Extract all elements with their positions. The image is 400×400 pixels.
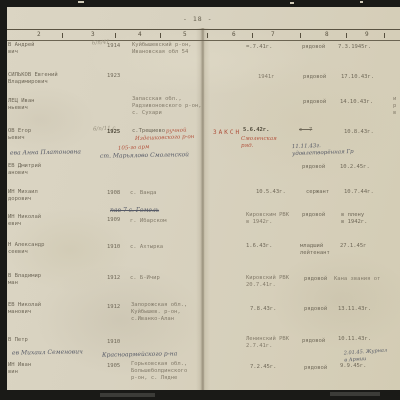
row7-date-loss: в плену в 1942г. (341, 212, 368, 226)
row9-date-loss: Кана звания от (334, 276, 380, 283)
row11-year: 1910 (107, 339, 120, 346)
row11-hand-note: 2.01.45. Журнал в Армии (344, 348, 388, 365)
row1-year: 1914 (107, 43, 120, 50)
book-fold-crease (196, 28, 210, 390)
row11-name: В Петр (8, 337, 28, 344)
row11-drafted-by: Ленинский РВК 2.7.41г. (246, 336, 289, 350)
column-header-8: 8 (325, 31, 329, 38)
row12-year: 1905 (107, 363, 120, 370)
row4-date-out: 5.6.42г. (243, 127, 270, 134)
row8-date-loss: 27.1.45г (340, 243, 367, 250)
row12-date-out: 7.2.45г. (250, 364, 277, 371)
row8-name: Н Александр сеевич (8, 242, 44, 256)
column-separator-tick (160, 33, 161, 38)
page-number: - 18 - (183, 15, 212, 23)
column-separator-tick (384, 33, 385, 38)
row5-name: ЕВ Дмитрий анович (8, 163, 41, 177)
row4-place: с.Трещиево (132, 128, 165, 135)
row1-name: В Андрей вич (8, 42, 35, 56)
row6-date-loss: 10.7.44г. (344, 189, 374, 196)
row1-date-out: =.7.41г. (246, 44, 273, 51)
row12-name: ИН Иван вин (8, 362, 31, 376)
row3-name: ЛЕЦ Иван ньевич (8, 98, 35, 112)
column-separator-tick (115, 33, 116, 38)
row11-hand-place: Красноармейского р-на (102, 350, 177, 358)
column-header-6: 6 (232, 31, 236, 38)
column-separator-tick (207, 33, 208, 38)
row4-hand-note: 11.11.43г. удовлетворённая Гр (292, 142, 354, 158)
column-header-5: 5 (183, 31, 187, 38)
row9-name: В Владимир ман (8, 273, 41, 287)
row2-date-loss: 17.10.43г. (341, 74, 374, 81)
column-header-2: 2 (37, 31, 41, 38)
row9-rank: рядовой (304, 276, 327, 283)
row6-name: ИН Михаил дорович (8, 189, 38, 203)
row8-date-out: 1.6.43г. (246, 243, 273, 250)
row2-date-out: 1941г (258, 74, 275, 81)
row4-red-stamp: ЗАКСН (213, 129, 241, 136)
row7-rank: рядовой (302, 212, 325, 219)
row3-rank: рядовой (303, 99, 326, 106)
row10-name: ЕВ Николай манович (8, 302, 41, 316)
row6-year: 1908 (107, 190, 120, 197)
row1-place: Куйбышевский р-он, Ивановская обл 54 (132, 42, 192, 56)
row5-rank: рядовой (302, 164, 325, 171)
row7-hand-place-note: пав-7 с. Гомель (110, 207, 159, 214)
row6-place: с. Ванда (130, 190, 157, 197)
row9-drafted-by: Кировский РВК 20.7.41г. (246, 275, 289, 289)
row4-hand-place: ст. Марьялово Смоленской (100, 151, 189, 160)
row3-date-loss: 14.10.43г. (340, 99, 373, 106)
row10-date-loss: 13.11.43г. (338, 306, 371, 313)
scan-dust-speck (360, 1, 363, 3)
row8-rank: младший лейтенант (300, 243, 330, 257)
row2-rank: рядовой (303, 74, 326, 81)
scan-edge-shadow-patch (330, 392, 380, 396)
row4-hand-name: ева Анна Платоновна (10, 148, 81, 156)
row3-edge-fragment: и р в (393, 96, 396, 117)
scan-edge-left (0, 0, 7, 400)
scan-edge-top (0, 0, 400, 7)
row4-red-sub-note: Смоленская ряд. (241, 136, 277, 149)
scan-edge-shadow-patch (100, 393, 155, 397)
row11-rank: рядовой (302, 338, 325, 345)
row4-year: 1925 (107, 129, 120, 136)
row12-rank: рядовой (304, 365, 327, 372)
header-rule-top (7, 29, 400, 30)
row4-red-district-note: Издешковского р-он (135, 134, 195, 143)
row4-date-loss: 10.8.43г. (344, 129, 374, 136)
row8-year: 1910 (107, 244, 120, 251)
row4-rank: с -7 (299, 127, 312, 134)
row10-date-out: 7.8.43г. (250, 306, 277, 313)
row9-year: 1912 (107, 275, 120, 282)
row9-place: с. Б-Ичир (130, 275, 160, 282)
row4-red-word-note: ручной (166, 127, 187, 135)
row12-place: Горьковская обл., Большеболдинского р-он… (131, 361, 187, 382)
column-header-4: 4 (138, 31, 142, 38)
row6-date-out: 10.5.43г. (256, 189, 286, 196)
row2-year: 1923 (107, 73, 120, 80)
row10-place: Запорожская обл., Куйбышев. р-он, с.Иван… (131, 302, 187, 323)
column-separator-tick (252, 33, 253, 38)
scanned-document-page: - 18 - 2 3 4 5 6 7 8 9 В Андрей вич 6/п/… (0, 0, 400, 400)
row1-date-loss: 7.3.1945г. (338, 44, 371, 51)
column-separator-tick (300, 33, 301, 38)
row3-place: Запасская обл., Радзивоновского р-он, с.… (132, 96, 202, 117)
row11-date-loss: 10.11.43г. (338, 336, 371, 343)
scan-dust-speck (78, 1, 84, 3)
header-rule-bottom (7, 40, 400, 41)
row7-year: 1909 (107, 217, 120, 224)
column-separator-tick (62, 33, 63, 38)
row2-name: СИЛЬКОВ Евгений Владимирович (8, 72, 58, 86)
row12-date-loss: 9.9.45г. (340, 363, 367, 370)
column-header-9: 9 (365, 31, 369, 38)
row10-year: 1912 (107, 304, 120, 311)
row7-drafted-by: Кировским РВК в 1942г. (246, 212, 289, 226)
row7-place: г. Ибарском (130, 218, 166, 225)
column-separator-tick (346, 33, 347, 38)
column-header-7: 7 (271, 31, 275, 38)
row11-hand-name: ев Михаил Семенович (12, 348, 83, 356)
row5-date-loss: 10.2.45г. (340, 164, 370, 171)
scan-dust-speck (290, 2, 294, 4)
column-header-3: 3 (91, 31, 95, 38)
row4-name: ОВ Егор ьевич (8, 128, 31, 142)
row1-rank: рядовой (302, 44, 325, 51)
row8-place: с. Ахтырка (130, 244, 163, 251)
row10-rank: рядовой (304, 306, 327, 313)
row7-name: ИН Николай евич (8, 214, 41, 228)
row6-rank: сержант (306, 189, 329, 196)
